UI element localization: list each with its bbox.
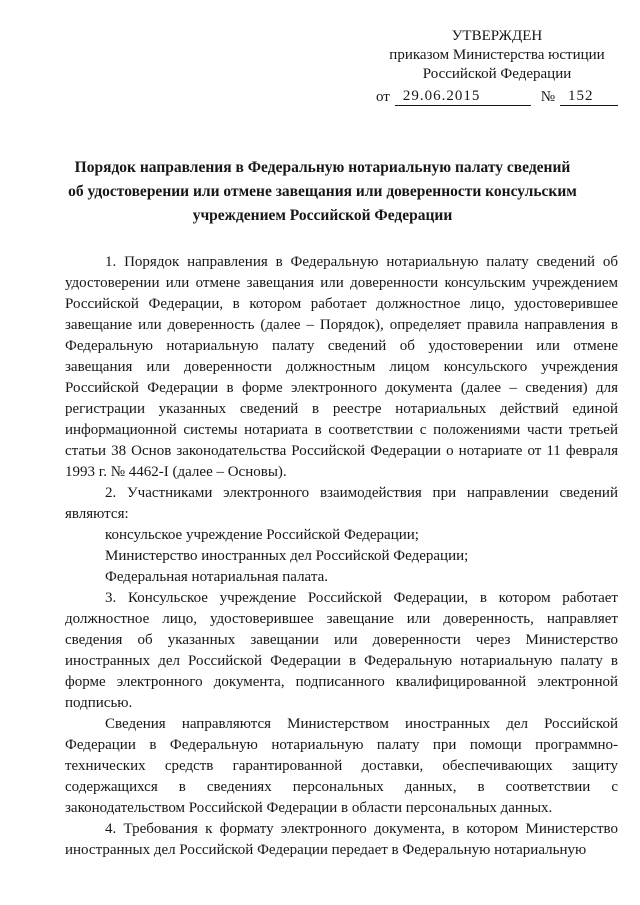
approval-order-line: приказом Министерства юстиции	[376, 46, 618, 65]
document-page: УТВЕРЖДЕН приказом Министерства юстиции …	[0, 0, 640, 905]
paragraph-2-item: Министерство иностранных дел Российской …	[65, 546, 618, 567]
paragraph-2-item: Федеральная нотариальная палата.	[65, 567, 618, 588]
document-title-line-3: учреждением Российской Федерации	[193, 207, 453, 224]
approval-number-sign: №	[541, 88, 555, 106]
approval-date-prefix: от	[376, 88, 390, 106]
approval-number-value: 152	[560, 87, 618, 106]
paragraph-4: Сведения направляются Министерством инос…	[65, 714, 618, 819]
document-title-line-1: Порядок направления в Федеральную нотари…	[75, 159, 571, 176]
approval-date-value: 29.06.2015	[395, 87, 531, 106]
paragraph-3: 3. Консульское учреждение Российской Фед…	[65, 588, 618, 714]
approval-status-line: УТВЕРЖДЕН	[376, 27, 618, 46]
paragraph-2-item: консульское учреждение Российской Федера…	[65, 525, 618, 546]
paragraph-5: 4. Требования к формату электронного док…	[65, 819, 618, 861]
approval-authority-line: Российской Федерации	[376, 65, 618, 84]
paragraph-2-intro: 2. Участниками электронного взаимодейств…	[65, 483, 618, 525]
document-body: 1. Порядок направления в Федеральную нот…	[65, 252, 618, 861]
document-title-line-2: об удостоверении или отмене завещания ил…	[68, 183, 577, 200]
approval-block: УТВЕРЖДЕН приказом Министерства юстиции …	[376, 27, 618, 106]
paragraph-1: 1. Порядок направления в Федеральную нот…	[65, 252, 618, 483]
document-title: Порядок направления в Федеральную нотари…	[35, 156, 610, 228]
approval-date-row: от 29.06.2015 № 152	[376, 87, 618, 106]
